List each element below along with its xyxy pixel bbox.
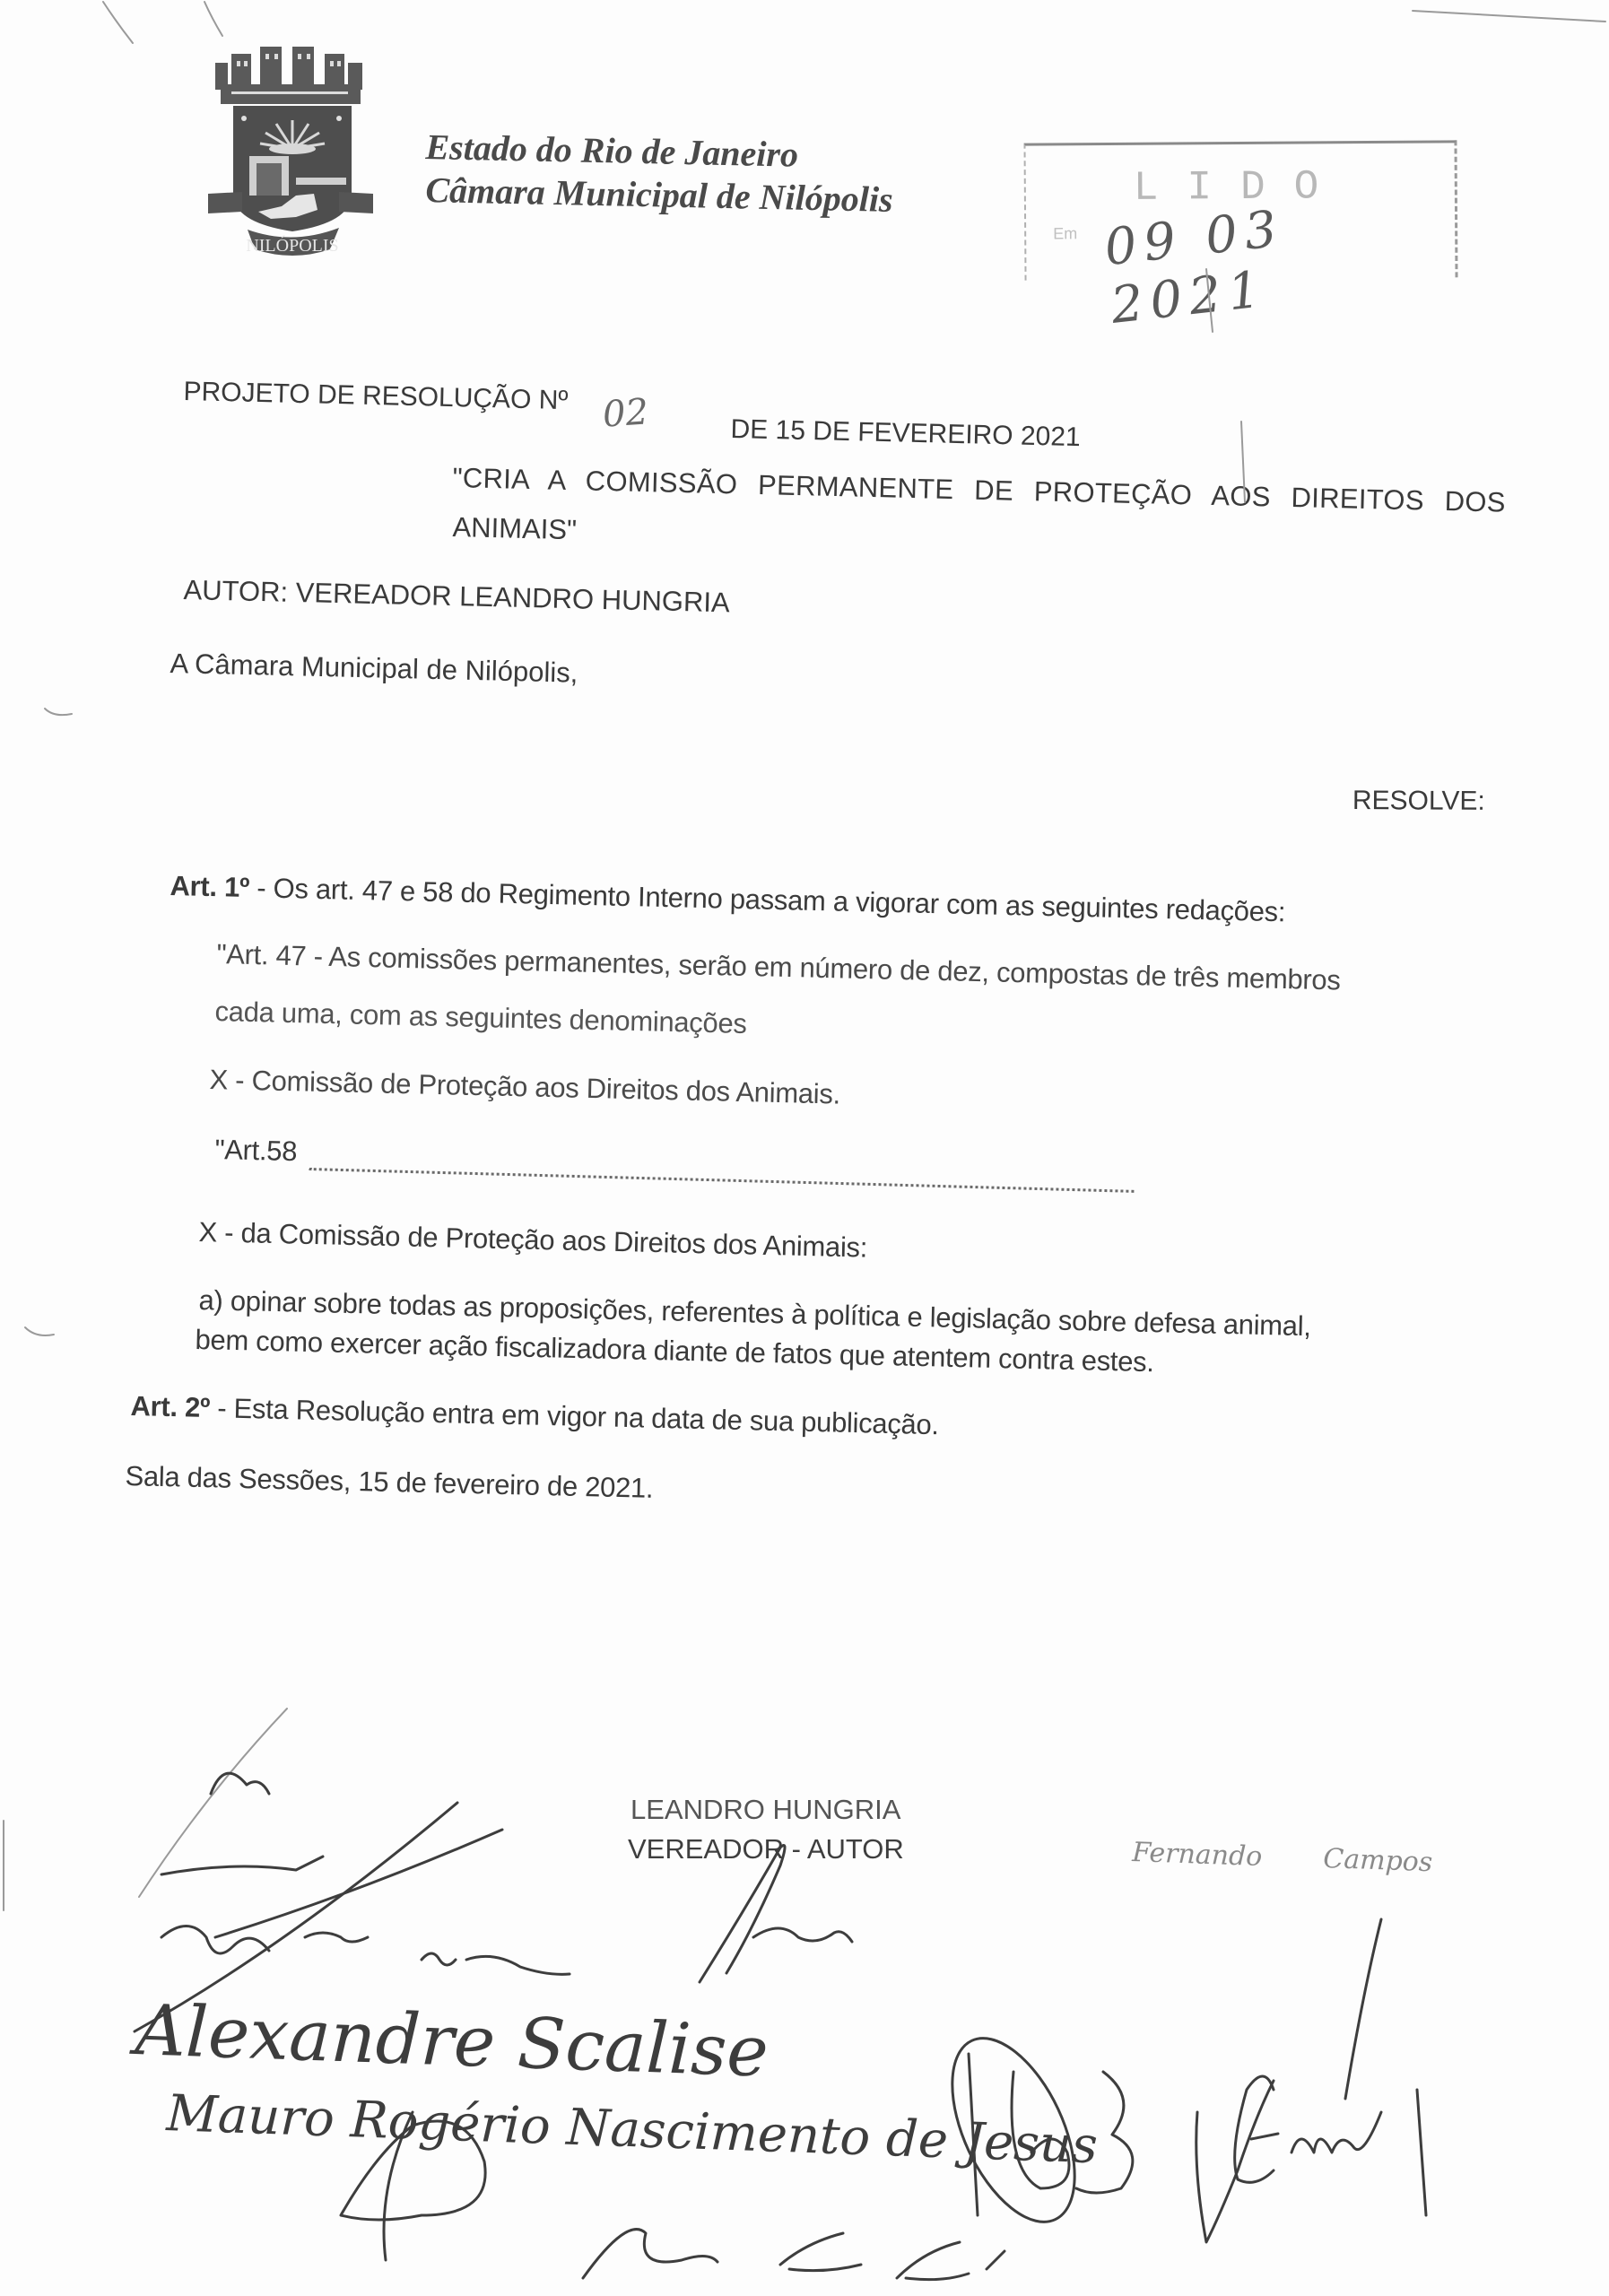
svg-text:Campos: Campos xyxy=(1323,1843,1433,1878)
resolve-heading: RESOLVE: xyxy=(1352,786,1485,817)
project-date: DE 15 DE FEVEREIRO 2021 xyxy=(730,414,1081,453)
stamp-prefix: Em xyxy=(1053,224,1077,243)
resolution-title-line1: "CRIA A COMISSÃO PERMANENTE DE PROTEÇÃO … xyxy=(452,462,1506,519)
svg-text:NILÓPOLIS: NILÓPOLIS xyxy=(246,234,338,256)
svg-text:Alexandre Scalise: Alexandre Scalise xyxy=(128,1990,770,2093)
art58-item-x: X - da Comissão de Proteção aos Direitos… xyxy=(198,1216,867,1265)
art47-item-x: X - Comissão de Proteção aos Direitos do… xyxy=(209,1064,840,1111)
signatory-role: VEREADOR - AUTOR xyxy=(628,1833,904,1865)
art47-line1: "Art. 47 - As comissões permanentes, ser… xyxy=(216,938,1341,997)
resolution-title-line2: ANIMAIS" xyxy=(452,511,577,546)
header-state: Estado do Rio de Janeiro xyxy=(425,126,798,176)
coat-of-arms-icon: NILÓPOLIS xyxy=(196,43,384,258)
signatory-name: LEANDRO HUNGRIA xyxy=(631,1794,900,1826)
preamble: A Câmara Municipal de Nilópolis, xyxy=(170,648,578,690)
ellipsis-leader xyxy=(309,1161,1135,1193)
art47-line2: cada uma, com as seguintes denominações xyxy=(214,996,747,1040)
article-1-label: Art. 1º xyxy=(170,870,249,903)
svg-text:Fernando: Fernando xyxy=(1131,1837,1263,1873)
article-2: Art. 2º - Esta Resolução entra em vigor … xyxy=(130,1390,939,1441)
project-label: PROJETO DE RESOLUÇÃO Nº xyxy=(183,377,569,416)
article-1-text: - Os art. 47 e 58 do Regimento Interno p… xyxy=(249,872,1286,927)
art58-heading: "Art.58 xyxy=(214,1134,297,1168)
author-line: AUTOR: VEREADOR LEANDRO HUNGRIA xyxy=(183,574,730,619)
article-1: Art. 1º - Os art. 47 e 58 do Regimento I… xyxy=(170,870,1285,928)
closing-line: Sala das Sessões, 15 de fevereiro de 202… xyxy=(125,1460,654,1505)
article-2-text: - Esta Resolução entra em vigor na data … xyxy=(210,1392,940,1440)
svg-text:Mauro Rogério Nascimento de Je: Mauro Rogério Nascimento de Jesus xyxy=(165,2084,1099,2175)
article-2-label: Art. 2º xyxy=(130,1390,210,1423)
header-chamber: Câmara Municipal de Nilópolis xyxy=(425,169,893,221)
received-stamp: LIDO Em 09 03 2021 xyxy=(1023,140,1457,280)
project-number: 02 xyxy=(601,391,649,435)
document-page: NILÓPOLIS Estado do Rio de Janeiro Câmar… xyxy=(0,0,1609,2296)
